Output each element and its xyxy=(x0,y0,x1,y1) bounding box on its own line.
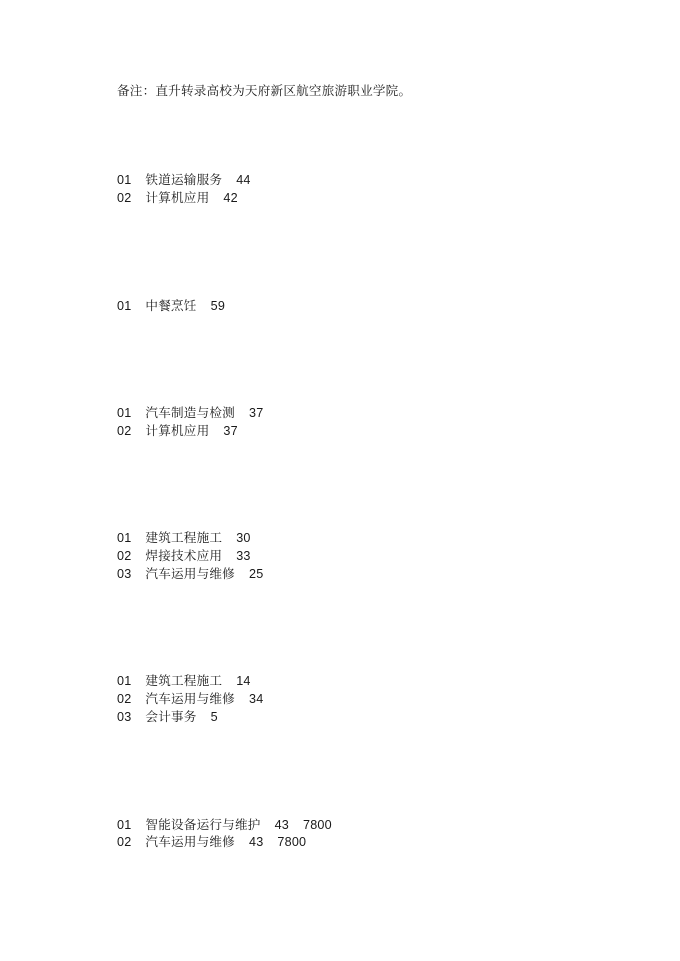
school-list: 01铁道运输服务44 02计算机应用42 01中餐烹饪59 01汽车制造与检测3… xyxy=(117,118,597,887)
school-entry: 01中餐烹饪59 xyxy=(117,243,597,350)
major-name: 铁道运输服务 xyxy=(145,172,222,187)
major-fee: 7800 xyxy=(277,835,306,849)
major-quota: 59 xyxy=(211,299,225,313)
school-phone xyxy=(117,279,597,297)
school-address xyxy=(117,136,597,154)
major-quota: 5 xyxy=(211,710,218,724)
school-phone xyxy=(117,511,597,529)
major-quota: 44 xyxy=(236,173,250,187)
spacer xyxy=(117,225,597,243)
school-address xyxy=(117,493,597,511)
major-quota: 42 xyxy=(223,191,237,205)
major-row: 01建筑工程施工30 xyxy=(117,529,597,547)
spacer xyxy=(117,100,597,118)
major-quota: 33 xyxy=(236,549,250,563)
school-entry: 01建筑工程施工14 02汽车运用与维修34 03会计事务5 xyxy=(117,619,597,762)
major-fee: 7800 xyxy=(303,818,332,832)
major-row: 02焊接技术应用33 xyxy=(117,547,597,565)
major-name: 计算机应用 xyxy=(145,190,209,205)
school-note xyxy=(117,583,597,601)
school-phone xyxy=(117,655,597,673)
major-no: 01 xyxy=(117,406,131,420)
major-row: 02计算机应用37 xyxy=(117,422,597,440)
school-entry: 01建筑工程施工30 02焊接技术应用33 03汽车运用与维修25 xyxy=(117,476,597,619)
major-row: 01智能设备运行与维护437800 xyxy=(117,816,597,834)
major-name: 会计事务 xyxy=(145,709,196,724)
school-note xyxy=(117,207,597,225)
top-note: 备注：直升转录高校为天府新区航空旅游职业学院。 xyxy=(117,82,597,100)
major-quota: 14 xyxy=(236,674,250,688)
major-no: 01 xyxy=(117,299,131,313)
major-row: 02计算机应用42 xyxy=(117,189,597,207)
major-row: 02汽车运用与维修437800 xyxy=(117,833,597,851)
school-phone xyxy=(117,154,597,172)
major-list: 01建筑工程施工14 02汽车运用与维修34 03会计事务5 xyxy=(117,672,597,726)
document-page: 备注：直升转录高校为天府新区航空旅游职业学院。 01铁道运输服务44 02计算机… xyxy=(117,82,597,887)
major-no: 02 xyxy=(117,424,131,438)
spacer xyxy=(117,744,597,762)
school-heading xyxy=(117,762,597,780)
major-quota: 37 xyxy=(223,424,237,438)
major-quota: 43 xyxy=(249,835,263,849)
major-no: 03 xyxy=(117,567,131,581)
school-phone xyxy=(117,386,597,404)
major-row: 01汽车制造与检测37 xyxy=(117,404,597,422)
spacer xyxy=(117,869,597,887)
major-quota: 37 xyxy=(249,406,263,420)
major-row: 03会计事务5 xyxy=(117,708,597,726)
school-heading xyxy=(117,243,597,261)
major-name: 建筑工程施工 xyxy=(145,673,222,688)
major-no: 02 xyxy=(117,191,131,205)
school-address xyxy=(117,637,597,655)
major-name: 汽车运用与维修 xyxy=(145,566,235,581)
major-row: 03汽车运用与维修25 xyxy=(117,565,597,583)
major-row: 01中餐烹饪59 xyxy=(117,297,597,315)
major-quota: 25 xyxy=(249,567,263,581)
major-list: 01中餐烹饪59 xyxy=(117,297,597,315)
major-name: 汽车运用与维修 xyxy=(145,834,235,849)
school-entry: 01铁道运输服务44 02计算机应用42 xyxy=(117,118,597,243)
school-heading xyxy=(117,118,597,136)
major-name: 焊接技术应用 xyxy=(145,548,222,563)
spacer xyxy=(117,458,597,476)
school-note xyxy=(117,315,597,333)
school-phone xyxy=(117,798,597,816)
major-no: 03 xyxy=(117,710,131,724)
major-name: 汽车运用与维修 xyxy=(145,691,235,706)
school-note xyxy=(117,440,597,458)
school-heading xyxy=(117,619,597,637)
school-entry: 01汽车制造与检测37 02计算机应用37 xyxy=(117,350,597,475)
major-row: 01建筑工程施工14 xyxy=(117,672,597,690)
major-no: 01 xyxy=(117,818,131,832)
major-name: 中餐烹饪 xyxy=(145,298,196,313)
school-address xyxy=(117,368,597,386)
major-no: 01 xyxy=(117,674,131,688)
school-note xyxy=(117,726,597,744)
major-no: 02 xyxy=(117,549,131,563)
major-name: 建筑工程施工 xyxy=(145,530,222,545)
major-quota: 30 xyxy=(236,531,250,545)
school-address xyxy=(117,780,597,798)
major-quota: 34 xyxy=(249,692,263,706)
major-list: 01智能设备运行与维护437800 02汽车运用与维修437800 xyxy=(117,816,597,852)
major-no: 02 xyxy=(117,692,131,706)
spacer xyxy=(117,601,597,619)
major-name: 汽车制造与检测 xyxy=(145,405,235,420)
school-heading xyxy=(117,350,597,368)
major-no: 01 xyxy=(117,173,131,187)
major-no: 01 xyxy=(117,531,131,545)
major-quota: 43 xyxy=(275,818,289,832)
spacer xyxy=(117,332,597,350)
school-note xyxy=(117,851,597,869)
major-list: 01建筑工程施工30 02焊接技术应用33 03汽车运用与维修25 xyxy=(117,529,597,583)
major-no: 02 xyxy=(117,835,131,849)
major-list: 01汽车制造与检测37 02计算机应用37 xyxy=(117,404,597,440)
major-row: 01铁道运输服务44 xyxy=(117,171,597,189)
major-list: 01铁道运输服务44 02计算机应用42 xyxy=(117,171,597,207)
school-entry: 01智能设备运行与维护437800 02汽车运用与维修437800 xyxy=(117,762,597,887)
school-heading xyxy=(117,476,597,494)
major-name: 计算机应用 xyxy=(145,423,209,438)
major-name: 智能设备运行与维护 xyxy=(145,817,260,832)
major-row: 02汽车运用与维修34 xyxy=(117,690,597,708)
school-address xyxy=(117,261,597,279)
